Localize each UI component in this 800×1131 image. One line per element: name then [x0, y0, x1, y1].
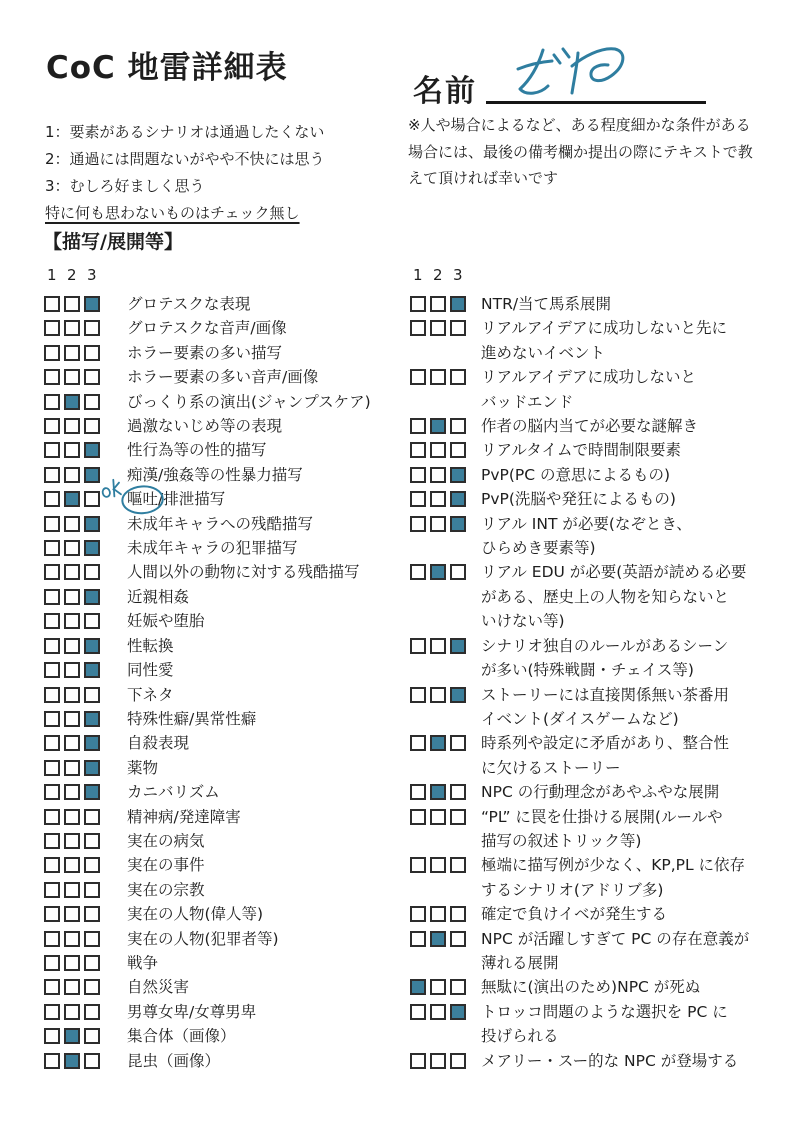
checkbox-1[interactable] [410, 906, 426, 922]
checkbox-3[interactable] [84, 955, 100, 971]
checkbox-2-checked[interactable] [64, 491, 80, 507]
checkbox-1[interactable] [44, 809, 60, 825]
checkbox-2-checked[interactable] [64, 1028, 80, 1044]
checkbox-1[interactable] [44, 833, 60, 849]
checkbox-1[interactable] [410, 784, 426, 800]
checkbox-2[interactable] [64, 442, 80, 458]
name-label: 名前 [413, 66, 477, 110]
checklist-column-right: 123NTR/当て馬系展開リアルアイデアに成功しないと先に 進めないイベントリア… [410, 264, 790, 1073]
checkbox-3-checked[interactable] [450, 516, 466, 532]
checkbox-1[interactable] [44, 589, 60, 605]
checkbox-1[interactable] [410, 809, 426, 825]
checkbox-1[interactable] [44, 320, 60, 336]
item-label: リアル EDU が必要(英語が読める必要 がある、歴史上の人物を知らないと いけ… [481, 560, 746, 633]
checkbox-3[interactable] [84, 345, 100, 361]
checkbox-3[interactable] [84, 931, 100, 947]
checkbox-group [44, 809, 104, 825]
checkbox-1[interactable] [410, 1053, 426, 1069]
scale-header: 123 [44, 264, 410, 292]
checkbox-1[interactable] [410, 442, 426, 458]
checkbox-2[interactable] [430, 1053, 446, 1069]
checkbox-2[interactable] [64, 589, 80, 605]
checkbox-3[interactable] [450, 735, 466, 751]
checklist-row: 自然災害 [44, 975, 410, 999]
item-label: 極端に描写例が少なく、KP,PL に依存 するシナリオ(アドリブ多) [481, 853, 745, 902]
checkbox-2[interactable] [64, 345, 80, 361]
checkbox-2[interactable] [430, 516, 446, 532]
item-label: ホラー要素の多い音声/画像 [127, 365, 318, 389]
checkbox-group [410, 735, 470, 751]
checkbox-group [44, 1004, 104, 1020]
checkbox-3[interactable] [450, 320, 466, 336]
checklist-row: 実在の人物(犯罪者等) [44, 927, 410, 951]
checkbox-2[interactable] [64, 760, 80, 776]
checkbox-3[interactable] [450, 906, 466, 922]
checkbox-2[interactable] [430, 296, 446, 312]
checklist-row: リアルタイムで時間制限要素 [410, 438, 790, 462]
checkbox-1[interactable] [44, 955, 60, 971]
checkbox-2[interactable] [430, 857, 446, 873]
checkbox-2[interactable] [64, 784, 80, 800]
checkbox-2[interactable] [64, 711, 80, 727]
checklist-row: ホラー要素の多い描写 [44, 341, 410, 365]
item-label: 戦争 [127, 951, 158, 975]
checkbox-2-checked[interactable] [430, 735, 446, 751]
checkbox-1[interactable] [44, 1004, 60, 1020]
checkbox-1[interactable] [44, 638, 60, 654]
scale-digit: 2 [430, 266, 450, 292]
checklist-row: リアル INT が必要(なぞとき、 ひらめき要素等) [410, 512, 790, 561]
item-label: びっくり系の演出(ジャンプスケア) [127, 390, 371, 414]
checkbox-group [44, 540, 104, 556]
item-label: 昆虫（画像） [127, 1049, 220, 1073]
item-label: PvP(PC の意思によるもの) [481, 463, 670, 487]
checkbox-group [410, 931, 470, 947]
item-label: 痴漢/強姦等の性暴力描写 [127, 463, 303, 487]
checkbox-3-checked[interactable] [450, 638, 466, 654]
checklist-sheet: CoC 地雷詳細表 1：要素があるシナリオは通過したくない 2：通過には問題ない… [0, 0, 800, 1131]
checkbox-group [44, 613, 104, 629]
checklist-row: 妊娠や堕胎 [44, 609, 410, 633]
checkbox-1[interactable] [410, 418, 426, 434]
scale-header: 123 [410, 264, 790, 292]
checkbox-1[interactable] [44, 369, 60, 385]
checkbox-1[interactable] [44, 1053, 60, 1069]
checkbox-2[interactable] [64, 857, 80, 873]
checklist-row: NTR/当て馬系展開 [410, 292, 790, 316]
checkbox-2-checked[interactable] [430, 418, 446, 434]
checkbox-3-checked[interactable] [450, 296, 466, 312]
checkbox-2[interactable] [430, 979, 446, 995]
checklist-row: リアルアイデアに成功しないと バッドエンド [410, 365, 790, 414]
checkbox-group [44, 564, 104, 580]
checkbox-2[interactable] [430, 491, 446, 507]
item-label: 集合体（画像） [127, 1024, 236, 1048]
checklist-row: 実在の病気 [44, 829, 410, 853]
checkbox-group [44, 955, 104, 971]
checkbox-3-checked[interactable] [84, 638, 100, 654]
checkbox-3-checked[interactable] [84, 662, 100, 678]
checkbox-3[interactable] [84, 906, 100, 922]
checklist-row: 実在の事件 [44, 853, 410, 877]
checklist-row: メアリー・スー的な NPC が登場する [410, 1049, 790, 1073]
item-label: リアルタイムで時間制限要素 [481, 438, 681, 462]
scale-digit: 3 [84, 266, 104, 292]
checklist-row: 未成年キャラへの残酷描写 [44, 512, 410, 536]
checklist-row: 実在の宗教 [44, 878, 410, 902]
checkbox-3[interactable] [450, 979, 466, 995]
checkbox-2[interactable] [64, 320, 80, 336]
checklist-row: 人間以外の動物に対する残酷描写 [44, 560, 410, 584]
scale-digit: 2 [64, 266, 84, 292]
scale-digit: 1 [410, 266, 430, 292]
checkbox-2[interactable] [430, 442, 446, 458]
checkbox-3[interactable] [450, 857, 466, 873]
checklist-row: 極端に描写例が少なく、KP,PL に依存 するシナリオ(アドリブ多) [410, 853, 790, 902]
item-label: 実在の事件 [127, 853, 205, 877]
checkbox-3[interactable] [84, 418, 100, 434]
item-label: リアル INT が必要(なぞとき、 ひらめき要素等) [481, 512, 692, 561]
checkbox-2[interactable] [430, 906, 446, 922]
checkbox-1[interactable] [410, 516, 426, 532]
checkbox-1[interactable] [44, 491, 60, 507]
checkbox-1[interactable] [410, 638, 426, 654]
item-label: 自然災害 [127, 975, 189, 999]
checkbox-2-checked[interactable] [430, 931, 446, 947]
checklist-row: ホラー要素の多い音声/画像 [44, 365, 410, 389]
checkbox-2[interactable] [64, 735, 80, 751]
checklist-row: 確定で負けイベが発生する [410, 902, 790, 926]
checklist-row: PvP(洗脳や発狂によるもの) [410, 487, 790, 511]
checkbox-group [410, 784, 470, 800]
item-label: PvP(洗脳や発狂によるもの) [481, 487, 676, 511]
checkbox-group [44, 418, 104, 434]
checkbox-2-checked[interactable] [430, 564, 446, 580]
checkbox-3[interactable] [84, 1028, 100, 1044]
item-label: 薬物 [127, 756, 158, 780]
checklist-row: 男尊女卑/女尊男卑 [44, 1000, 410, 1024]
item-label: “PL” に罠を仕掛ける展開(ルールや 描写の叙述トリック等) [481, 805, 723, 854]
checkbox-group [44, 711, 104, 727]
item-label: 確定で負けイベが発生する [481, 902, 667, 926]
checkbox-1[interactable] [410, 857, 426, 873]
checkbox-1[interactable] [410, 735, 426, 751]
checkbox-1[interactable] [44, 735, 60, 751]
item-label: リアルアイデアに成功しないと先に 進めないイベント [481, 316, 727, 365]
item-label: 性転換 [127, 634, 174, 658]
checkbox-group [44, 833, 104, 849]
checkbox-3[interactable] [84, 979, 100, 995]
checkbox-2[interactable] [64, 906, 80, 922]
checkbox-3[interactable] [450, 1053, 466, 1069]
checkbox-2[interactable] [64, 540, 80, 556]
item-label: NPC の行動理念があやふやな展開 [481, 780, 719, 804]
checkbox-1[interactable] [44, 711, 60, 727]
checkbox-2[interactable] [64, 296, 80, 312]
checkbox-2-checked[interactable] [430, 784, 446, 800]
checkbox-3[interactable] [84, 1053, 100, 1069]
checklist-row: 過激ないじめ等の表現 [44, 414, 410, 438]
checklist-row: 嘔吐/排泄描写 [44, 487, 410, 511]
checkbox-2[interactable] [64, 369, 80, 385]
checklist-row: 薬物 [44, 756, 410, 780]
checkbox-group [44, 296, 104, 312]
checkbox-2[interactable] [64, 979, 80, 995]
checklist-row: ストーリーには直接関係無い茶番用 イベント(ダイスゲームなど) [410, 683, 790, 732]
checkbox-3[interactable] [450, 564, 466, 580]
checkbox-2[interactable] [64, 931, 80, 947]
checkbox-group [44, 394, 104, 410]
checkbox-1[interactable] [44, 760, 60, 776]
checkbox-1[interactable] [410, 491, 426, 507]
checkbox-3[interactable] [84, 491, 100, 507]
checkbox-3[interactable] [450, 931, 466, 947]
checkbox-2[interactable] [430, 687, 446, 703]
legend-note: 特に何も思わないものはチェック無し [45, 200, 325, 227]
handwritten-name [498, 36, 648, 116]
item-label: トロッコ問題のような選択を PC に 投げられる [481, 1000, 728, 1049]
checkbox-1[interactable] [44, 418, 60, 434]
checkbox-3-checked[interactable] [450, 1004, 466, 1020]
checklist-row: 特殊性癖/異常性癖 [44, 707, 410, 731]
checkbox-2[interactable] [64, 809, 80, 825]
checkbox-3-checked[interactable] [84, 760, 100, 776]
checkbox-2[interactable] [64, 516, 80, 532]
checkbox-3[interactable] [84, 369, 100, 385]
checkbox-1[interactable] [44, 345, 60, 361]
checkbox-1[interactable] [44, 662, 60, 678]
checkbox-2[interactable] [64, 687, 80, 703]
checkbox-1[interactable] [44, 687, 60, 703]
item-label: 実在の人物(偉人等) [127, 902, 263, 926]
item-label: 未成年キャラの犯罪描写 [127, 536, 298, 560]
checklist-row: “PL” に罠を仕掛ける展開(ルールや 描写の叙述トリック等) [410, 805, 790, 854]
checkbox-3[interactable] [84, 320, 100, 336]
checkbox-3-checked[interactable] [84, 540, 100, 556]
checklist-row: カニバリズム [44, 780, 410, 804]
checkbox-1[interactable] [44, 613, 60, 629]
checklist-row: グロテスクな音声/画像 [44, 316, 410, 340]
checkbox-group [410, 320, 470, 336]
checklist-row: 作者の脳内当てが必要な謎解き [410, 414, 790, 438]
item-label: NPC が活躍しすぎて PC の存在意義が 薄れる展開 [481, 927, 749, 976]
item-label: 妊娠や堕胎 [127, 609, 205, 633]
checkbox-2[interactable] [430, 320, 446, 336]
checkbox-3[interactable] [84, 857, 100, 873]
checkbox-2[interactable] [64, 638, 80, 654]
checkbox-3[interactable] [450, 369, 466, 385]
checkbox-2[interactable] [64, 955, 80, 971]
checklist-row: 未成年キャラの犯罪描写 [44, 536, 410, 560]
checkbox-3-checked[interactable] [84, 784, 100, 800]
checkbox-group [410, 491, 470, 507]
checkbox-1[interactable] [410, 320, 426, 336]
checkbox-group [410, 979, 470, 995]
checkbox-1[interactable] [44, 1028, 60, 1044]
checklist-row: グロテスクな表現 [44, 292, 410, 316]
item-label: NTR/当て馬系展開 [481, 292, 611, 316]
checkbox-3[interactable] [84, 1004, 100, 1020]
checkbox-3[interactable] [84, 882, 100, 898]
item-label: 時系列や設定に矛盾があり、整合性 に欠けるストーリー [481, 731, 729, 780]
checkbox-3[interactable] [450, 784, 466, 800]
checkbox-group [410, 1004, 470, 1020]
checklist-row: 昆虫（画像） [44, 1049, 410, 1073]
checkbox-3-checked[interactable] [84, 516, 100, 532]
checkbox-2[interactable] [64, 613, 80, 629]
checkbox-3[interactable] [450, 809, 466, 825]
checkbox-3[interactable] [84, 809, 100, 825]
checkbox-group [44, 442, 104, 458]
item-label: グロテスクな表現 [127, 292, 250, 316]
checklist-row: トロッコ問題のような選択を PC に 投げられる [410, 1000, 790, 1049]
item-label: 作者の脳内当てが必要な謎解き [481, 414, 698, 438]
checklist-row: シナリオ独自のルールがあるシーン が多い(特殊戦闘・チェイス等) [410, 634, 790, 683]
checkbox-3-checked[interactable] [450, 467, 466, 483]
checkbox-2[interactable] [430, 1004, 446, 1020]
item-label: メアリー・スー的な NPC が登場する [481, 1049, 738, 1073]
checkbox-1-checked[interactable] [410, 979, 426, 995]
item-label: 人間以外の動物に対する残酷描写 [127, 560, 360, 584]
checkbox-3-checked[interactable] [84, 442, 100, 458]
checkbox-group [44, 345, 104, 361]
checkbox-2[interactable] [430, 369, 446, 385]
checkbox-3[interactable] [84, 833, 100, 849]
checkbox-3-checked[interactable] [84, 711, 100, 727]
checkbox-1[interactable] [44, 857, 60, 873]
checkbox-3-checked[interactable] [84, 735, 100, 751]
checkbox-group [44, 662, 104, 678]
checkbox-group [410, 638, 470, 654]
side-note: ※人や場合によるなど、ある程度細かな条件がある 場合には、最後の備考欄か提出の際… [408, 112, 758, 192]
checkbox-2[interactable] [430, 467, 446, 483]
checkbox-group [44, 1053, 104, 1069]
section-heading: 【描写/展開等】 [43, 227, 183, 254]
checkbox-1[interactable] [44, 931, 60, 947]
checkbox-1[interactable] [44, 784, 60, 800]
checklist-row: 無駄に(演出のため)NPC が死ぬ [410, 975, 790, 999]
handwritten-ok-annotation [97, 475, 129, 502]
legend-line-3: 3：むしろ好ましく思う [45, 173, 325, 200]
checkbox-group [410, 1053, 470, 1069]
checkbox-group [410, 418, 470, 434]
checkbox-3-checked[interactable] [450, 491, 466, 507]
checkbox-2[interactable] [64, 833, 80, 849]
checkbox-1[interactable] [410, 369, 426, 385]
checkbox-group [410, 296, 470, 312]
checkbox-3-checked[interactable] [450, 687, 466, 703]
checkbox-group [44, 369, 104, 385]
checkbox-group [44, 760, 104, 776]
checkbox-1[interactable] [44, 442, 60, 458]
checklist-row: 戦争 [44, 951, 410, 975]
checkbox-3[interactable] [84, 394, 100, 410]
checkbox-3[interactable] [84, 564, 100, 580]
item-label: 嘔吐/排泄描写 [127, 487, 225, 511]
checkbox-1[interactable] [410, 467, 426, 483]
item-label: ストーリーには直接関係無い茶番用 イベント(ダイスゲームなど) [481, 683, 729, 732]
checkbox-1[interactable] [44, 540, 60, 556]
checkbox-2[interactable] [64, 882, 80, 898]
checklist-row: 自殺表現 [44, 731, 410, 755]
checkbox-2[interactable] [64, 564, 80, 580]
checkbox-3[interactable] [450, 418, 466, 434]
checkbox-1[interactable] [410, 296, 426, 312]
checkbox-2-checked[interactable] [64, 394, 80, 410]
checkbox-1[interactable] [410, 931, 426, 947]
checkbox-3-checked[interactable] [84, 296, 100, 312]
checklist-row: リアルアイデアに成功しないと先に 進めないイベント [410, 316, 790, 365]
checklist-column-left: 123グロテスクな表現グロテスクな音声/画像ホラー要素の多い描写ホラー要素の多い… [44, 264, 410, 1073]
checkbox-3[interactable] [450, 442, 466, 458]
item-label: グロテスクな音声/画像 [127, 316, 287, 340]
item-label: 性行為等の性的描写 [127, 438, 267, 462]
checkbox-2[interactable] [64, 1004, 80, 1020]
checkbox-2[interactable] [64, 467, 80, 483]
checklist-row: 実在の人物(偉人等) [44, 902, 410, 926]
checkbox-1[interactable] [44, 882, 60, 898]
checkbox-2[interactable] [64, 662, 80, 678]
item-label: 無駄に(演出のため)NPC が死ぬ [481, 975, 700, 999]
checklist-row: NPC の行動理念があやふやな展開 [410, 780, 790, 804]
checklist-row: 性行為等の性的描写 [44, 438, 410, 462]
checkbox-2[interactable] [430, 638, 446, 654]
legend: 1：要素があるシナリオは通過したくない 2：通過には問題ないがやや不快には思う … [45, 119, 325, 227]
checkbox-1[interactable] [44, 516, 60, 532]
item-label: リアルアイデアに成功しないと バッドエンド [481, 365, 696, 414]
checkbox-group [44, 589, 104, 605]
checkbox-2-checked[interactable] [64, 1053, 80, 1069]
checkbox-group [44, 979, 104, 995]
checkbox-group [44, 735, 104, 751]
checklist-row: 下ネタ [44, 683, 410, 707]
checklist-row: 近親相姦 [44, 585, 410, 609]
item-label: 未成年キャラへの残酷描写 [127, 512, 313, 536]
checkbox-group [410, 516, 470, 532]
checkbox-1[interactable] [410, 564, 426, 580]
checkbox-1[interactable] [44, 564, 60, 580]
checkbox-group [410, 809, 470, 825]
checkbox-1[interactable] [410, 687, 426, 703]
checkbox-3-checked[interactable] [84, 589, 100, 605]
checkbox-1[interactable] [44, 467, 60, 483]
item-label: 実在の宗教 [127, 878, 205, 902]
checkbox-group [44, 687, 104, 703]
checkbox-1[interactable] [44, 979, 60, 995]
checklist-row: NPC が活躍しすぎて PC の存在意義が 薄れる展開 [410, 927, 790, 976]
checklist-row: 時系列や設定に矛盾があり、整合性 に欠けるストーリー [410, 731, 790, 780]
item-label: カニバリズム [127, 780, 220, 804]
checkbox-group [44, 931, 104, 947]
checkbox-group [410, 906, 470, 922]
checkbox-group [44, 857, 104, 873]
checkbox-group [44, 320, 104, 336]
checkbox-1[interactable] [44, 394, 60, 410]
checkbox-3[interactable] [84, 687, 100, 703]
item-label: ホラー要素の多い描写 [127, 341, 282, 365]
checkbox-1[interactable] [44, 906, 60, 922]
checkbox-1[interactable] [410, 1004, 426, 1020]
item-label: 近親相姦 [127, 585, 189, 609]
checkbox-group [44, 784, 104, 800]
checkbox-2[interactable] [430, 809, 446, 825]
checkbox-2[interactable] [64, 418, 80, 434]
checkbox-3[interactable] [84, 613, 100, 629]
checkbox-group [410, 857, 470, 873]
checkbox-1[interactable] [44, 296, 60, 312]
checklist-row: びっくり系の演出(ジャンプスケア) [44, 390, 410, 414]
checkbox-group [410, 687, 470, 703]
